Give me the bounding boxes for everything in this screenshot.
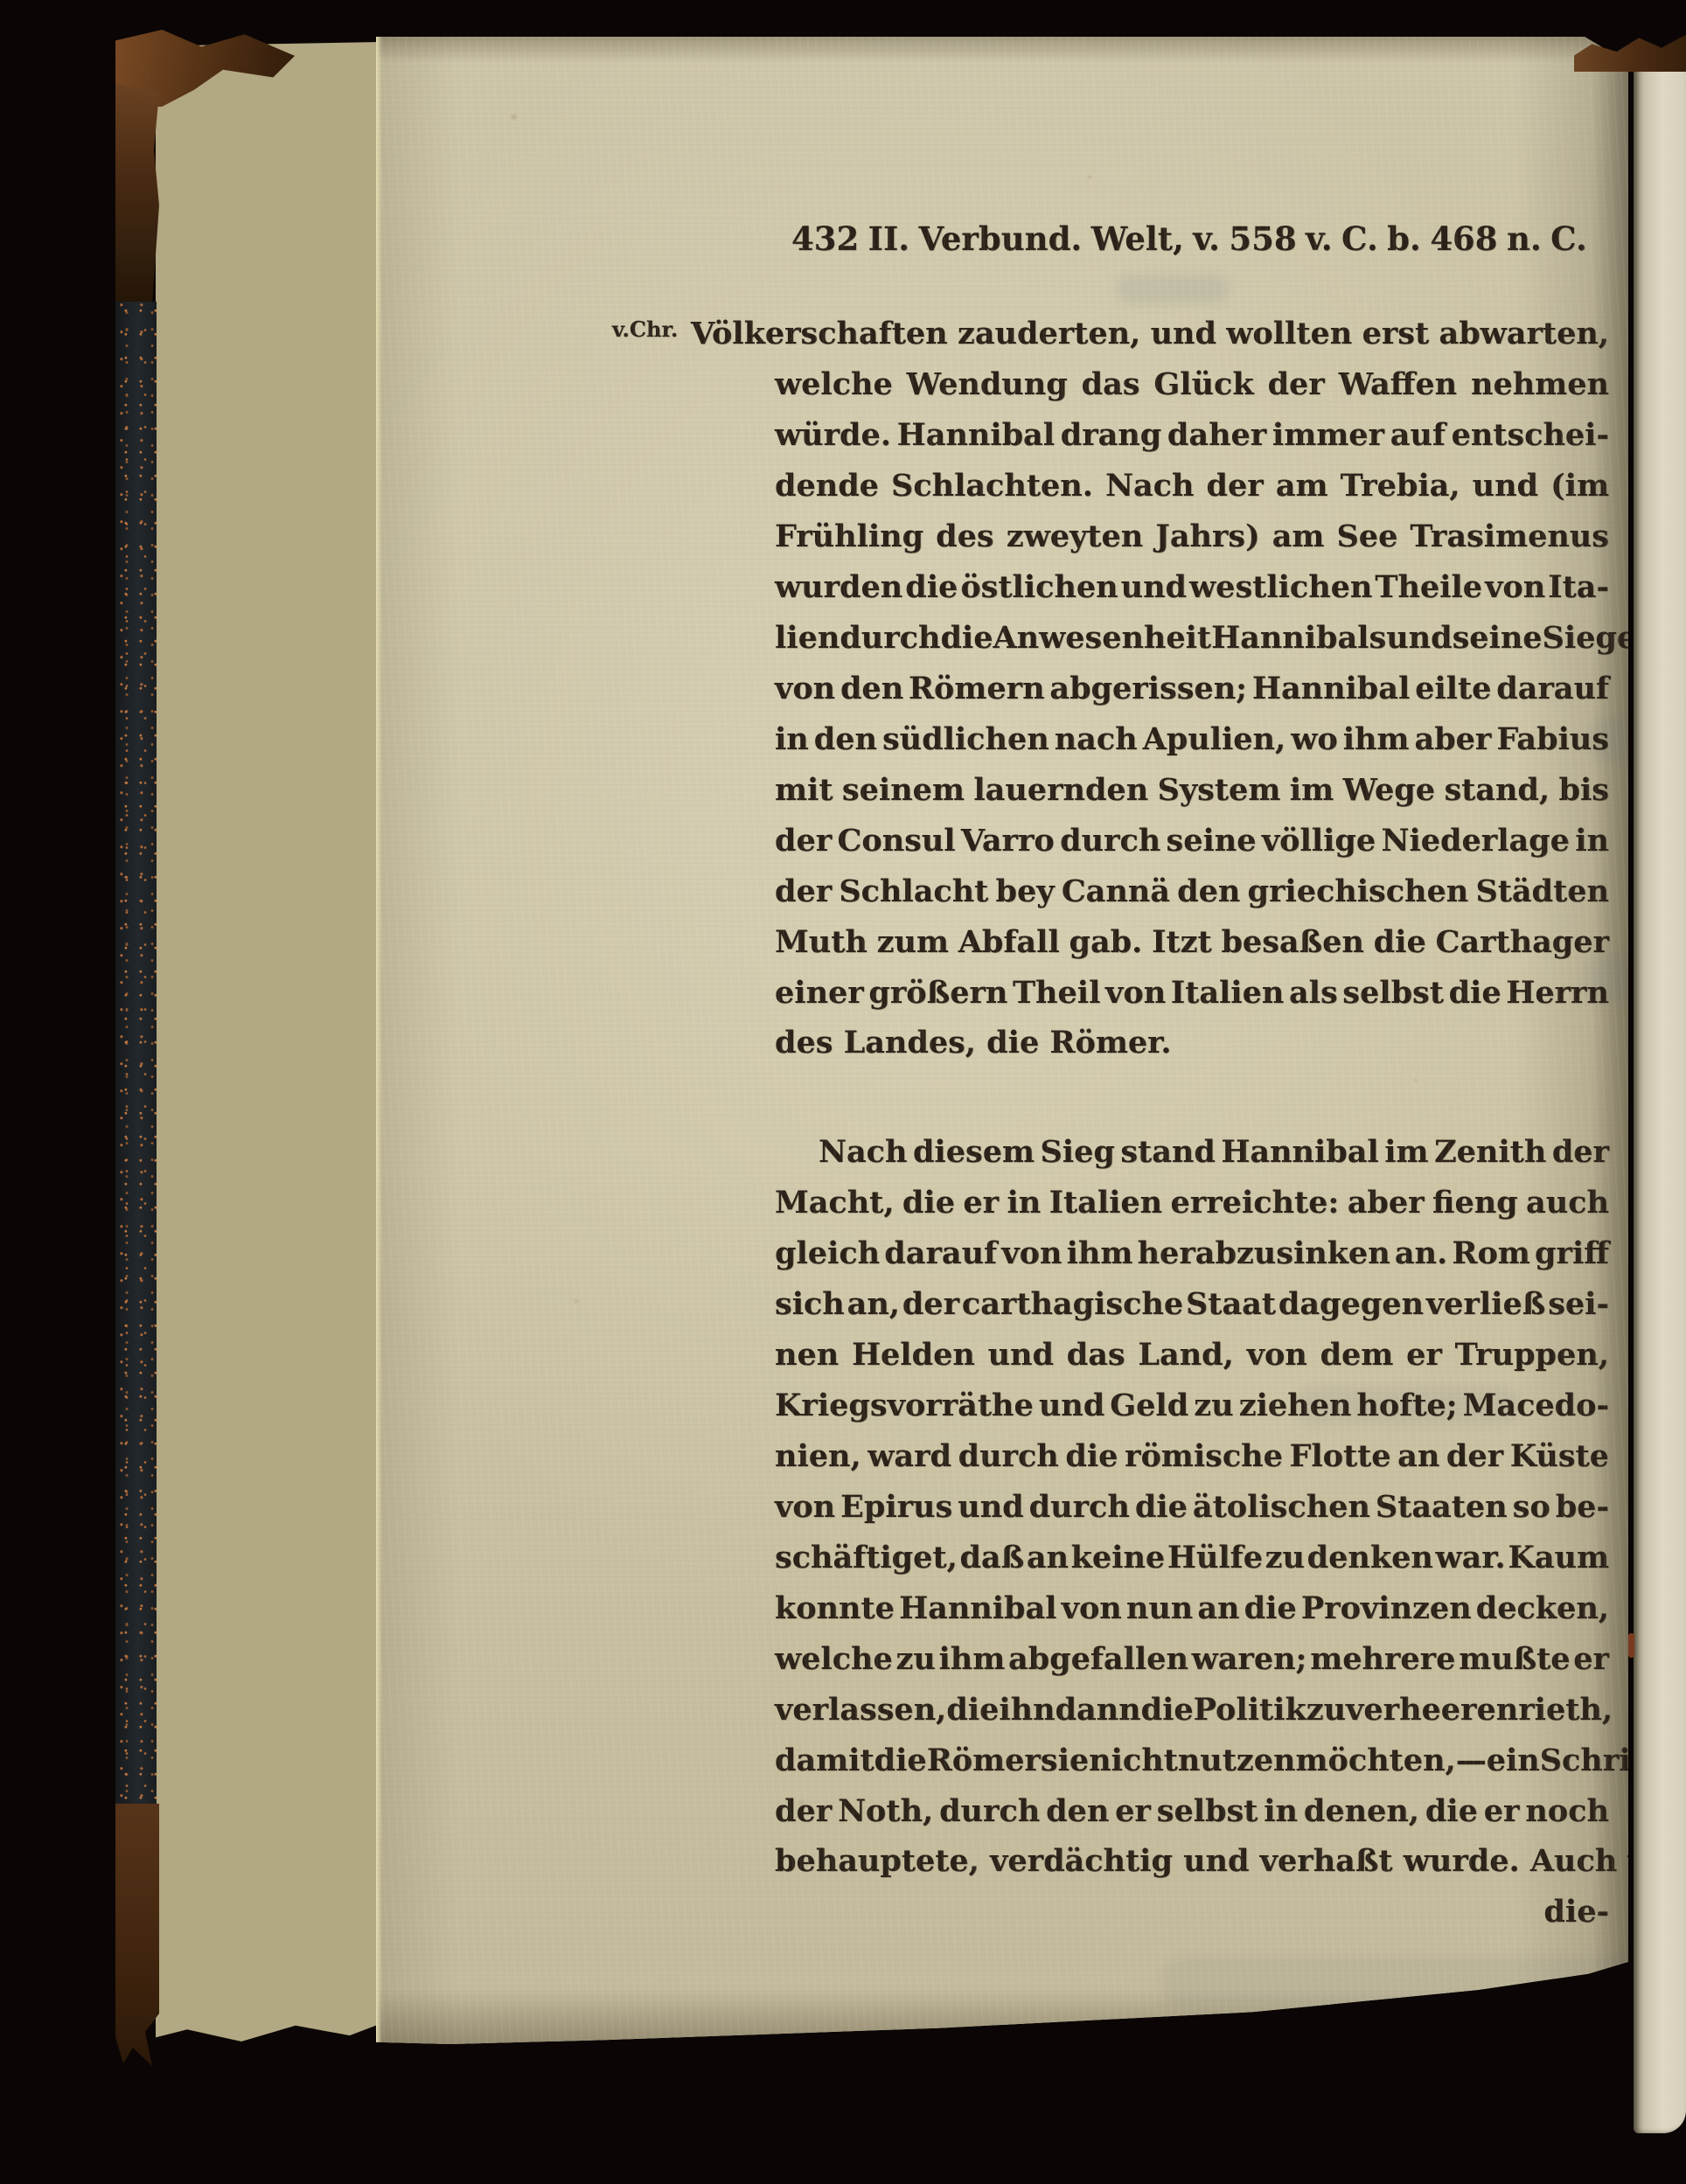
text-line: liendurchdieAnwesenheitHannibalsundseine… xyxy=(775,612,1609,663)
show-through-smudge xyxy=(1163,1957,1653,2007)
text-line: verlassen,dieihndanndiePolitikzuverheere… xyxy=(775,1684,1609,1735)
show-through-smudge xyxy=(1116,275,1230,304)
text-line: Völkerschaftenzauderten,undwolltenerstab… xyxy=(691,308,1609,358)
book-page: 432II.Verbund.Welt,v.558v.C.b.468n.C. v.… xyxy=(376,37,1628,2044)
cover-board-speckled xyxy=(115,302,157,1804)
text-line: NachdiesemSiegstandHannibalimZenithder xyxy=(775,1126,1609,1177)
text-line: vonEpirusunddurchdieätolischenStaatensob… xyxy=(775,1481,1609,1532)
page-header: 432II.Verbund.Welt,v.558v.C.b.468n.C. xyxy=(791,213,1587,264)
text-line: nenHeldenunddasLand,vondemerTruppen, xyxy=(775,1329,1609,1380)
facing-page-edge xyxy=(1634,61,1686,2133)
text-line: konnteHannibalvonnunandieProvinzendecken… xyxy=(775,1582,1609,1633)
text-line: behauptete, verdächtig und verhaßt wurde… xyxy=(775,1836,1609,1887)
text-line: würde.Hannibaldrangdaherimmeraufentschei… xyxy=(775,409,1609,460)
text-line: KriegsvorrätheundGeldzuziehenhofte;Maced… xyxy=(775,1380,1609,1430)
text-line: einergrößernTheilvonItalienalsselbstdieH… xyxy=(775,967,1609,1018)
margin-note: v.Chr. xyxy=(612,316,678,342)
text-line: FrühlingdeszweytenJahrs)amSeeTrasimenus xyxy=(775,511,1609,561)
text-line: nien,warddurchdierömischeFlotteanderKüst… xyxy=(775,1430,1609,1481)
text-line: damitdieRömersienichtnutzenmöchten,—einS… xyxy=(775,1735,1609,1785)
text-line: schäftiget,daßankeineHülfezudenkenwar.Ka… xyxy=(775,1532,1609,1582)
text-line: mitseinemlauerndenSystemimWegestand,bis xyxy=(775,764,1609,815)
paragraph: Völkerschaftenzauderten,undwolltenerstab… xyxy=(775,308,1609,1068)
text-line: des Landes, die Römer. xyxy=(775,1018,1609,1068)
fore-edge-page-stack xyxy=(156,42,381,2041)
text-line: gleichdaraufvonihmherabzusinkenan.Romgri… xyxy=(775,1228,1609,1278)
leather-speck-gutter xyxy=(1628,1633,1634,1658)
leather-fragment-top-right xyxy=(1574,33,1686,72)
text-line: vondenRömernabgerissen;Hannibaleiltedara… xyxy=(775,663,1609,713)
text-line: dendeSchlachten.NachderamTrebia,und(im xyxy=(775,460,1609,511)
leather-corner-bottom-left xyxy=(115,1804,159,2066)
text-line: MuthzumAbfallgab.ItztbesaßendieCarthager xyxy=(775,916,1609,967)
text-line: derSchlachtbeyCannädengriechischenStädte… xyxy=(775,866,1609,916)
text-line: welcheWendungdasGlückderWaffennehmen xyxy=(775,358,1609,409)
show-through-smudge xyxy=(1189,2014,1539,2053)
text-line: Macht,dieerinItalienerreichte:aberfienga… xyxy=(775,1177,1609,1228)
text-line: wurdendieöstlichenundwestlichenTheilevon… xyxy=(775,561,1609,612)
catchword: die- xyxy=(775,1887,1609,1937)
text-line: derNoth,durchdenerselbstindenen,dieernoc… xyxy=(775,1785,1609,1836)
paragraph: NachdiesemSiegstandHannibalimZenithderMa… xyxy=(775,1126,1609,1887)
text-line: sichan,dercarthagischeStaatdagegenverlie… xyxy=(775,1278,1609,1329)
book-scan-photo: 432II.Verbund.Welt,v.558v.C.b.468n.C. v.… xyxy=(0,0,1686,2184)
text-line: indensüdlichennachApulien,woihmaberFabiu… xyxy=(775,713,1609,764)
leather-spine-strip xyxy=(115,84,159,304)
body-text: v.Chr. Völkerschaftenzauderten,undwollte… xyxy=(775,308,1609,1937)
text-line: welchezuihmabgefallenwaren;mehreremußtee… xyxy=(775,1633,1609,1684)
text-line: derConsulVarrodurchseinevölligeNiederlag… xyxy=(775,815,1609,866)
